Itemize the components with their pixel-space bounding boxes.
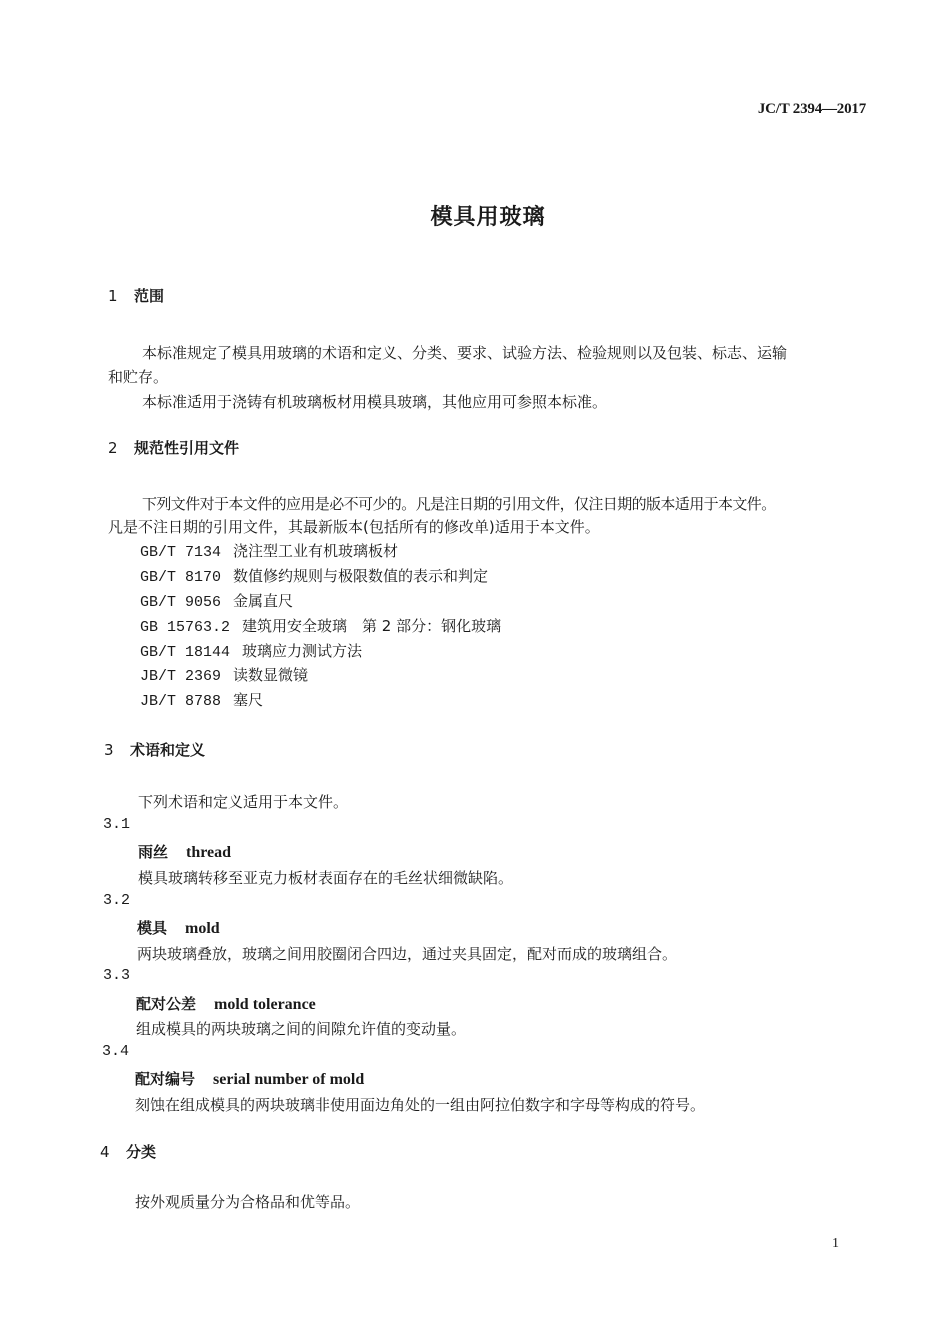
term-definition: 模具玻璃转移至亚克力板材表面存在的毛丝状细微缺陷。: [138, 867, 513, 888]
term-zh: 雨丝: [138, 843, 168, 861]
term-definition: 组成模具的两块玻璃之间的间隙允许值的变动量。: [136, 1018, 466, 1039]
paragraph: 下列文件对于本文件的应用是必不可少的。凡是注日期的引用文件，仅注日期的版本适用于…: [142, 493, 776, 514]
reference-item: JB/T 2369读数显微镜: [140, 664, 308, 685]
reference-code: GB/T 8170: [140, 569, 221, 586]
paragraph: 凡是不注日期的引用文件，其最新版本(包括所有的修改单)适用于本文件。: [108, 516, 600, 537]
reference-code: GB/T 9056: [140, 594, 221, 611]
reference-item: GB/T 7134浇注型工业有机玻璃板材: [140, 540, 398, 561]
page-number: 1: [832, 1236, 839, 1252]
section-2-heading: 2规范性引用文件: [108, 437, 239, 458]
section-4-heading: 4分类: [100, 1141, 156, 1162]
paragraph: 本标准规定了模具用玻璃的术语和定义、分类、要求、试验方法、检验规则以及包装、标志…: [142, 342, 787, 363]
section-1-heading: 1范围: [108, 285, 164, 306]
term-heading: 模具mold: [137, 917, 220, 938]
term-heading: 配对公差mold tolerance: [136, 993, 316, 1014]
section-number: 4: [100, 1143, 126, 1161]
term-en: mold: [185, 920, 220, 937]
reference-item: JB/T 8788塞尺: [140, 689, 263, 710]
term-number: 3.4: [102, 1043, 129, 1060]
reference-item: GB/T 18144玻璃应力测试方法: [140, 640, 362, 661]
term-zh: 模具: [137, 919, 167, 937]
reference-title: 塞尺: [233, 691, 263, 709]
section-title: 范围: [134, 287, 164, 305]
reference-item: GB/T 8170数值修约规则与极限数值的表示和判定: [140, 565, 488, 586]
standard-code: JC/T 2394—2017: [758, 101, 866, 118]
paragraph: 按外观质量分为合格品和优等品。: [135, 1191, 360, 1212]
reference-code: JB/T 2369: [140, 668, 221, 685]
reference-title: 读数显微镜: [233, 666, 308, 684]
reference-code: GB/T 7134: [140, 544, 221, 561]
term-heading: 雨丝thread: [138, 841, 231, 862]
section-number: 3: [104, 741, 130, 759]
reference-code: JB/T 8788: [140, 693, 221, 710]
section-title: 分类: [126, 1143, 156, 1161]
term-en: mold tolerance: [214, 996, 316, 1013]
term-number: 3.2: [103, 892, 130, 909]
term-definition: 刻蚀在组成模具的两块玻璃非使用面边角处的一组由阿拉伯数字和字母等构成的符号。: [135, 1094, 705, 1115]
section-title: 术语和定义: [130, 741, 205, 759]
term-en: thread: [186, 844, 231, 861]
term-number: 3.1: [103, 816, 130, 833]
term-zh: 配对公差: [136, 995, 196, 1013]
reference-title: 浇注型工业有机玻璃板材: [233, 542, 398, 560]
section-3-heading: 3术语和定义: [104, 739, 205, 760]
term-zh: 配对编号: [135, 1070, 195, 1088]
section-title: 规范性引用文件: [134, 439, 239, 457]
term-number: 3.3: [103, 967, 130, 984]
section-number: 1: [108, 287, 134, 305]
reference-title: 建筑用安全玻璃 第 2 部分：钢化玻璃: [242, 617, 501, 635]
document-title: 模具用玻璃: [0, 200, 950, 231]
term-heading: 配对编号serial number of mold: [135, 1068, 364, 1089]
reference-item: GB/T 9056金属直尺: [140, 590, 293, 611]
term-en: serial number of mold: [213, 1071, 364, 1088]
section-number: 2: [108, 439, 134, 457]
reference-code: GB/T 18144: [140, 644, 230, 661]
reference-title: 玻璃应力测试方法: [242, 642, 362, 660]
reference-title: 金属直尺: [233, 592, 293, 610]
reference-code: GB 15763.2: [140, 619, 230, 636]
reference-item: GB 15763.2建筑用安全玻璃 第 2 部分：钢化玻璃: [140, 615, 501, 636]
paragraph: 本标准适用于浇铸有机玻璃板材用模具玻璃，其他应用可参照本标准。: [142, 391, 607, 412]
paragraph: 下列术语和定义适用于本文件。: [138, 791, 348, 812]
term-definition: 两块玻璃叠放，玻璃之间用胶圈闭合四边，通过夹具固定，配对而成的玻璃组合。: [137, 943, 677, 964]
paragraph: 和贮存。: [108, 366, 168, 387]
reference-title: 数值修约规则与极限数值的表示和判定: [233, 567, 488, 585]
